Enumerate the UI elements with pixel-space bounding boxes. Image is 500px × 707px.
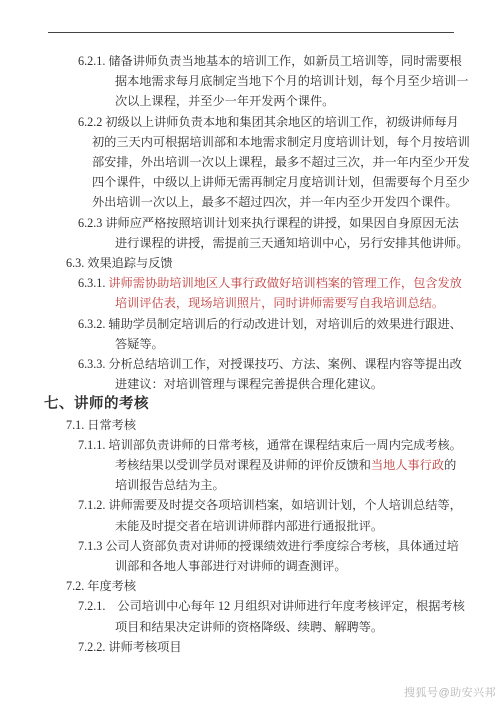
text-segment: 效果追踪与反馈: [87, 256, 172, 270]
item-number: 7.2.1.: [78, 599, 105, 613]
item-number: 6.3.2.: [78, 317, 105, 331]
list-item: 6.3.3.分析总结培训工作，对授课技巧、方法、案例、课程内容等提出改 进建议：…: [78, 354, 470, 394]
text-segment: 讲师的考核: [74, 396, 149, 412]
item-number: 6.2.1.: [78, 54, 105, 68]
item-number: 6.3.1.: [78, 276, 105, 290]
text-segment: 讲师应严格按照培训计划来执行课程的讲授，如果因自身原因无法 进行课程的讲授，需提…: [105, 216, 468, 250]
document-content: 6.2.1.储备讲师负责当地基本的培训工作，如新员工培训等，同时需要根 据本地需…: [0, 51, 470, 657]
text-segment: 初级以上讲师负责本地和集团其余地区的培训工作，初级讲师每月 初的三天内可根据培训…: [92, 115, 470, 210]
text-segment: 年度考核: [87, 579, 136, 593]
list-item: 6.2.2初级以上讲师负责本地和集团其余地区的培训工作，初级讲师每月 初的三天内…: [78, 112, 470, 213]
text-segment: 讲师考核项目: [108, 640, 181, 654]
list-item: 7.2.1.公司培训中心每年 12 月组织对讲师进行年度考核评定，根据考核 项目…: [78, 596, 470, 636]
list-item: 6.3.1.讲师需协助培训地区人事行政做好培训档案的管理工作，包含发放 培训评估…: [78, 273, 470, 313]
item-number: 6.2.2: [78, 115, 102, 129]
list-item: 6.2.1.储备讲师负责当地基本的培训工作，如新员工培训等，同时需要根 据本地需…: [78, 51, 470, 112]
item-number: 7.2.: [66, 579, 84, 593]
list-item: 7.1.3公司人资部负责对讲师的授课绩效进行季度综合考核，具体通过培 训部和各地…: [78, 536, 470, 576]
text-segment: 日常考核: [87, 418, 136, 432]
text-segment: 辅助学员制定培训后的行动改进计划，对培训后的效果进行跟进、 答疑等。: [108, 317, 461, 351]
text-segment: 公司培训中心每年 12 月组织对讲师进行年度考核评定，根据考核 项目和结果决定讲…: [115, 599, 465, 633]
text-segment: 讲师需要及时提交各项培训档案，如培训计划，个人培训总结等， 未能及时提交者在培训…: [108, 498, 461, 532]
item-number: 7.1.: [66, 418, 84, 432]
item-number: 6.2.3: [78, 216, 102, 230]
item-number: 7.1.2.: [78, 498, 105, 512]
item-number: 七、: [44, 396, 74, 412]
text-segment: 储备讲师负责当地基本的培训工作，如新员工培训等，同时需要根 据本地需求每月底制定…: [108, 54, 468, 108]
text-segment: 公司人资部负责对讲师的授课绩效进行季度综合考核，具体通过培 训部和各地人事部进行…: [105, 539, 458, 573]
subsection-title: 7.1.日常考核: [66, 415, 470, 435]
item-number: 6.3.3.: [78, 357, 105, 371]
subsection-title: 6.3.效果追踪与反馈: [66, 253, 470, 273]
item-number: 7.1.3: [78, 539, 102, 553]
text-segment: 分析总结培训工作，对授课技巧、方法、案例、课程内容等提出改 进建议：对培训管理与…: [108, 357, 461, 391]
list-item: 7.2.2.讲师考核项目: [78, 637, 470, 657]
list-item: 7.1.2.讲师需要及时提交各项培训档案，如培训计划，个人培训总结等， 未能及时…: [78, 495, 470, 535]
list-item: 7.1.1.培训部负责讲师的日常考核，通常在课程结束后一周内完成考核。 考核结果…: [78, 435, 470, 496]
item-number: 7.2.2.: [78, 640, 105, 654]
item-number: 6.3.: [66, 256, 84, 270]
document-page: 6.2.1.储备讲师负责当地基本的培训工作，如新员工培训等，同时需要根 据本地需…: [0, 0, 500, 707]
header-rule: [48, 32, 454, 33]
item-number: 7.1.1.: [78, 438, 105, 452]
highlighted-text: 当地人事行政: [371, 458, 444, 472]
watermark: 搜狐号@助安兴邦: [404, 687, 496, 700]
list-item: 6.3.2.辅助学员制定培训后的行动改进计划，对培训后的效果进行跟进、 答疑等。: [78, 314, 470, 354]
subsection-title: 7.2.年度考核: [66, 576, 470, 596]
highlighted-text: 讲师需协助培训地区人事行政做好培训档案的管理工作，包含发放 培训评估表，现场培训…: [108, 276, 461, 310]
section-heading: 七、讲师的考核: [44, 394, 470, 414]
list-item: 6.2.3讲师应严格按照培训计划来执行课程的讲授，如果因自身原因无法 进行课程的…: [78, 213, 470, 253]
